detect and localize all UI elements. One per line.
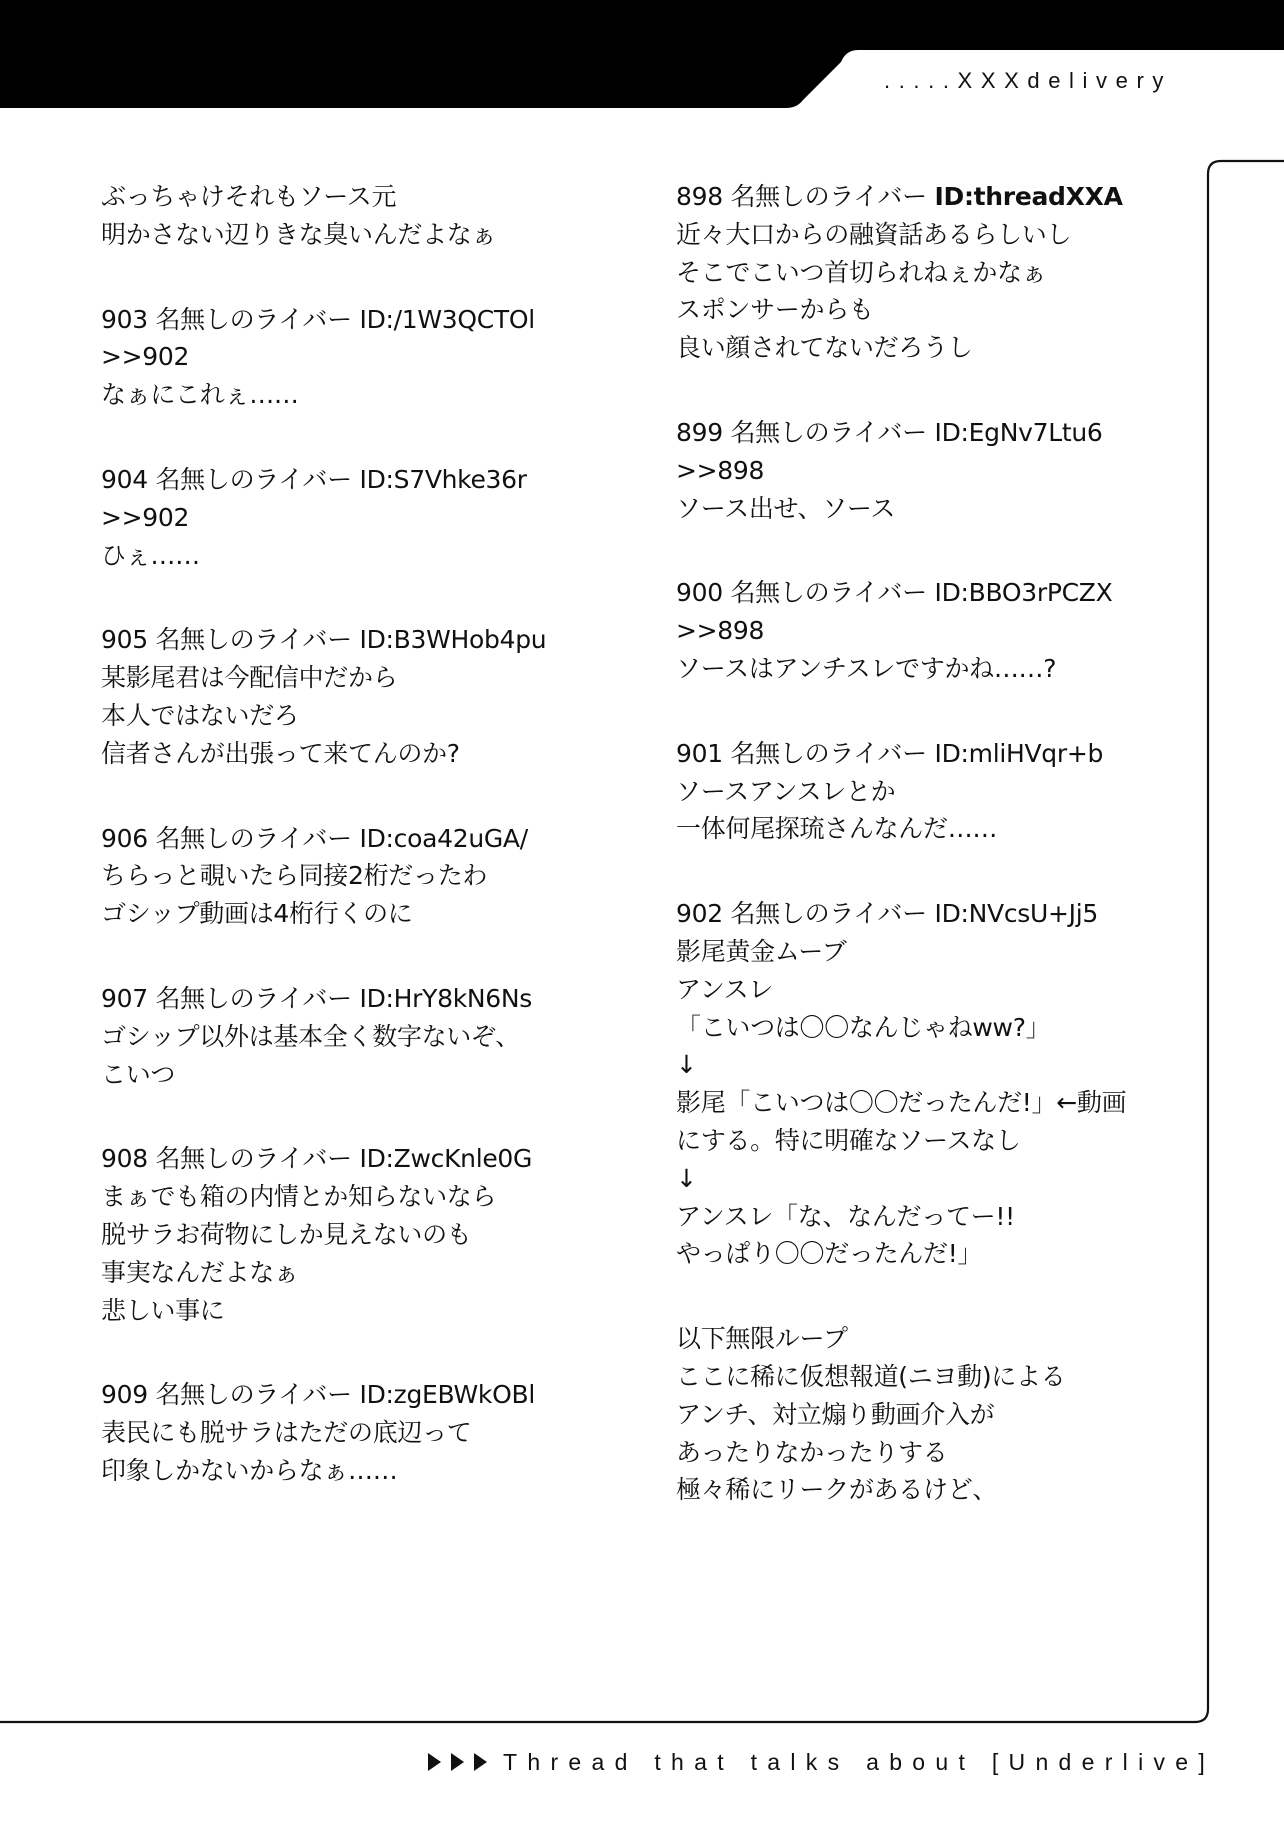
post-body-line: 近々大口からの融資話あるらしいし xyxy=(676,216,1146,254)
poster-name: 名無しのライバー xyxy=(730,418,926,447)
post-number: 901 xyxy=(676,739,723,768)
post-body-line: 事実なんだよなぁ xyxy=(101,1254,571,1292)
post-number: 908 xyxy=(101,1144,148,1173)
post-body-line: 影尾「こいつは〇〇だったんだ!」←動画 xyxy=(676,1084,1146,1122)
post-body-line: ソース出せ、ソース xyxy=(676,490,1146,528)
poster-name: 名無しのライバー xyxy=(155,465,351,494)
post-body-line: ひぇ…… xyxy=(101,537,571,575)
poster-id: ID:mliHVqr+b xyxy=(935,739,1104,768)
right-column: 898 名無しのライバー ID:threadXXA 近々大口からの融資話あるらし… xyxy=(676,178,1146,1556)
post-body-line: なぁにこれぇ…… xyxy=(101,376,571,414)
post-899: 899 名無しのライバー ID:EgNv7Ltu6 >>898 ソース出せ、ソー… xyxy=(676,414,1146,527)
poster-name: 名無しのライバー xyxy=(155,1380,351,1409)
post-body-line: アンスレ xyxy=(676,971,1146,1009)
text-line: あったりなかったりする xyxy=(676,1434,1146,1472)
post-body-line: こいつ xyxy=(101,1056,571,1094)
post-904: 904 名無しのライバー ID:S7Vhke36r >>902 ひぇ…… xyxy=(101,461,571,574)
post-900: 900 名無しのライバー ID:BBO3rPCZX >>898 ソースはアンチス… xyxy=(676,574,1146,687)
post-907: 907 名無しのライバー ID:HrY8kN6Ns ゴシップ以外は基本全く数字な… xyxy=(101,980,571,1093)
post-902: 902 名無しのライバー ID:NVcsU+Jj5 影尾黄金ムーブ アンスレ 「… xyxy=(676,895,1146,1273)
poster-name: 名無しのライバー xyxy=(155,625,351,654)
poster-name: 名無しのライバー xyxy=(155,984,351,1013)
post-header: 909 名無しのライバー ID:zgEBWkOBl xyxy=(101,1376,571,1414)
poster-name: 名無しのライバー xyxy=(730,899,926,928)
post-number: 903 xyxy=(101,305,148,334)
post-body-line: やっぱり〇〇だったんだ!」 xyxy=(676,1235,1146,1273)
footer-title: Thread that talks about [Underlive] xyxy=(503,1749,1215,1776)
play-triangle-icon xyxy=(428,1753,441,1771)
reply-anchor: >>898 xyxy=(676,612,1146,650)
post-number: 907 xyxy=(101,984,148,1013)
down-arrow-line: ↓ xyxy=(676,1046,1146,1084)
post-body-line: 影尾黄金ムーブ xyxy=(676,933,1146,971)
post-body-line: ゴシップ動画は4桁行くのに xyxy=(101,895,571,933)
text-line: ここに稀に仮想報道(ニヨ動)による xyxy=(676,1358,1146,1396)
post-number: 902 xyxy=(676,899,723,928)
post-header: 904 名無しのライバー ID:S7Vhke36r xyxy=(101,461,571,499)
post-body-line: スポンサーからも xyxy=(676,291,1146,329)
post-header: 898 名無しのライバー ID:threadXXA xyxy=(676,178,1146,216)
post-number: 906 xyxy=(101,824,148,853)
poster-id-highlighted: ID:threadXXA xyxy=(935,182,1123,211)
poster-id: ID:zgEBWkOBl xyxy=(360,1380,535,1409)
post-909: 909 名無しのライバー ID:zgEBWkOBl 表民にも脱サラはただの底辺っ… xyxy=(101,1376,571,1489)
post-body-line: 信者さんが出張って来てんのか? xyxy=(101,735,571,773)
poster-name: 名無しのライバー xyxy=(155,1144,351,1173)
left-column: ぶっちゃけそれもソース元 明かさない辺りきな臭いんだよなぁ 903 名無しのライ… xyxy=(101,178,571,1537)
post-header: 907 名無しのライバー ID:HrY8kN6Ns xyxy=(101,980,571,1018)
post-header: 902 名無しのライバー ID:NVcsU+Jj5 xyxy=(676,895,1146,933)
post-body-line: 良い顔されてないだろうし xyxy=(676,329,1146,367)
post-body-line: ゴシップ以外は基本全く数字ないぞ、 xyxy=(101,1018,571,1056)
post-body-line: ちらっと覗いたら同接2桁だったわ xyxy=(101,857,571,895)
post-901: 901 名無しのライバー ID:mliHVqr+b ソースアンスレとか 一体何尾… xyxy=(676,735,1146,848)
post-908: 908 名無しのライバー ID:ZwcKnle0G まぁでも箱の内情とか知らない… xyxy=(101,1140,571,1329)
text-line: 極々稀にリークがあるけど、 xyxy=(676,1471,1146,1509)
poster-id: ID:S7Vhke36r xyxy=(360,465,527,494)
post-body-line: 一体何尾探琉さんなんだ…… xyxy=(676,810,1146,848)
post-body-line: まぁでも箱の内情とか知らないなら xyxy=(101,1178,571,1216)
post-body-line: アンスレ「な、なんだってー!! xyxy=(676,1198,1146,1236)
header-title: .....XXXdelivery xyxy=(884,70,1172,92)
post-body-line: にする。特に明確なソースなし xyxy=(676,1122,1146,1160)
post-body-line: 悲しい事に xyxy=(101,1292,571,1330)
poster-id: ID:B3WHob4pu xyxy=(360,625,547,654)
footer: Thread that talks about [Underlive] xyxy=(428,1748,1215,1776)
poster-name: 名無しのライバー xyxy=(730,578,926,607)
poster-id: ID:NVcsU+Jj5 xyxy=(935,899,1099,928)
reply-anchor: >>902 xyxy=(101,499,571,537)
post-header: 901 名無しのライバー ID:mliHVqr+b xyxy=(676,735,1146,773)
play-triangle-icon xyxy=(451,1753,464,1771)
poster-name: 名無しのライバー xyxy=(155,824,351,853)
poster-id: ID:/1W3QCTOl xyxy=(360,305,535,334)
text-line: ぶっちゃけそれもソース元 xyxy=(101,178,571,216)
post-body-line: ソースアンスレとか xyxy=(676,773,1146,811)
post-number: 899 xyxy=(676,418,723,447)
poster-id: ID:ZwcKnle0G xyxy=(360,1144,533,1173)
post-header: 906 名無しのライバー ID:coa42uGA/ xyxy=(101,820,571,858)
post-header: 905 名無しのライバー ID:B3WHob4pu xyxy=(101,621,571,659)
post-906: 906 名無しのライバー ID:coa42uGA/ ちらっと覗いたら同接2桁だっ… xyxy=(101,820,571,933)
poster-name: 名無しのライバー xyxy=(730,182,926,211)
play-triangle-icon xyxy=(474,1753,487,1771)
poster-id: ID:coa42uGA/ xyxy=(360,824,528,853)
text-line: 以下無限ループ xyxy=(676,1320,1146,1358)
reply-anchor: >>898 xyxy=(676,452,1146,490)
text-line: 明かさない辺りきな臭いんだよなぁ xyxy=(101,216,571,254)
post-body-line: 脱サラお荷物にしか見えないのも xyxy=(101,1216,571,1254)
post-898: 898 名無しのライバー ID:threadXXA 近々大口からの融資話あるらし… xyxy=(676,178,1146,367)
post-body-line: ソースはアンチスレですかね……? xyxy=(676,650,1146,688)
post-903: 903 名無しのライバー ID:/1W3QCTOl >>902 なぁにこれぇ…… xyxy=(101,301,571,414)
post-body-line: そこでこいつ首切られねぇかなぁ xyxy=(676,254,1146,292)
continuation-text: 以下無限ループ ここに稀に仮想報道(ニヨ動)による アンチ、対立煽り動画介入が … xyxy=(676,1320,1146,1509)
poster-name: 名無しのライバー xyxy=(730,739,926,768)
poster-id: ID:EgNv7Ltu6 xyxy=(935,418,1103,447)
post-header: 900 名無しのライバー ID:BBO3rPCZX xyxy=(676,574,1146,612)
text-line: アンチ、対立煽り動画介入が xyxy=(676,1396,1146,1434)
post-body-line: 「こいつは〇〇なんじゃねww?」 xyxy=(676,1009,1146,1047)
post-number: 909 xyxy=(101,1380,148,1409)
post-number: 905 xyxy=(101,625,148,654)
post-body-line: 印象しかないからなぁ…… xyxy=(101,1452,571,1490)
post-number: 904 xyxy=(101,465,148,494)
post-body-line: 某影尾君は今配信中だから xyxy=(101,659,571,697)
post-header: 903 名無しのライバー ID:/1W3QCTOl xyxy=(101,301,571,339)
post-body-line: 表民にも脱サラはただの底辺って xyxy=(101,1414,571,1452)
poster-id: ID:HrY8kN6Ns xyxy=(360,984,533,1013)
down-arrow-line: ↓ xyxy=(676,1160,1146,1198)
post-number: 898 xyxy=(676,182,723,211)
reply-anchor: >>902 xyxy=(101,338,571,376)
post-905: 905 名無しのライバー ID:B3WHob4pu 某影尾君は今配信中だから 本… xyxy=(101,621,571,772)
poster-name: 名無しのライバー xyxy=(155,305,351,334)
poster-id: ID:BBO3rPCZX xyxy=(935,578,1113,607)
post-number: 900 xyxy=(676,578,723,607)
post-header: 899 名無しのライバー ID:EgNv7Ltu6 xyxy=(676,414,1146,452)
post-body-line: 本人ではないだろ xyxy=(101,697,571,735)
continuation-text: ぶっちゃけそれもソース元 明かさない辺りきな臭いんだよなぁ xyxy=(101,178,571,254)
post-header: 908 名無しのライバー ID:ZwcKnle0G xyxy=(101,1140,571,1178)
